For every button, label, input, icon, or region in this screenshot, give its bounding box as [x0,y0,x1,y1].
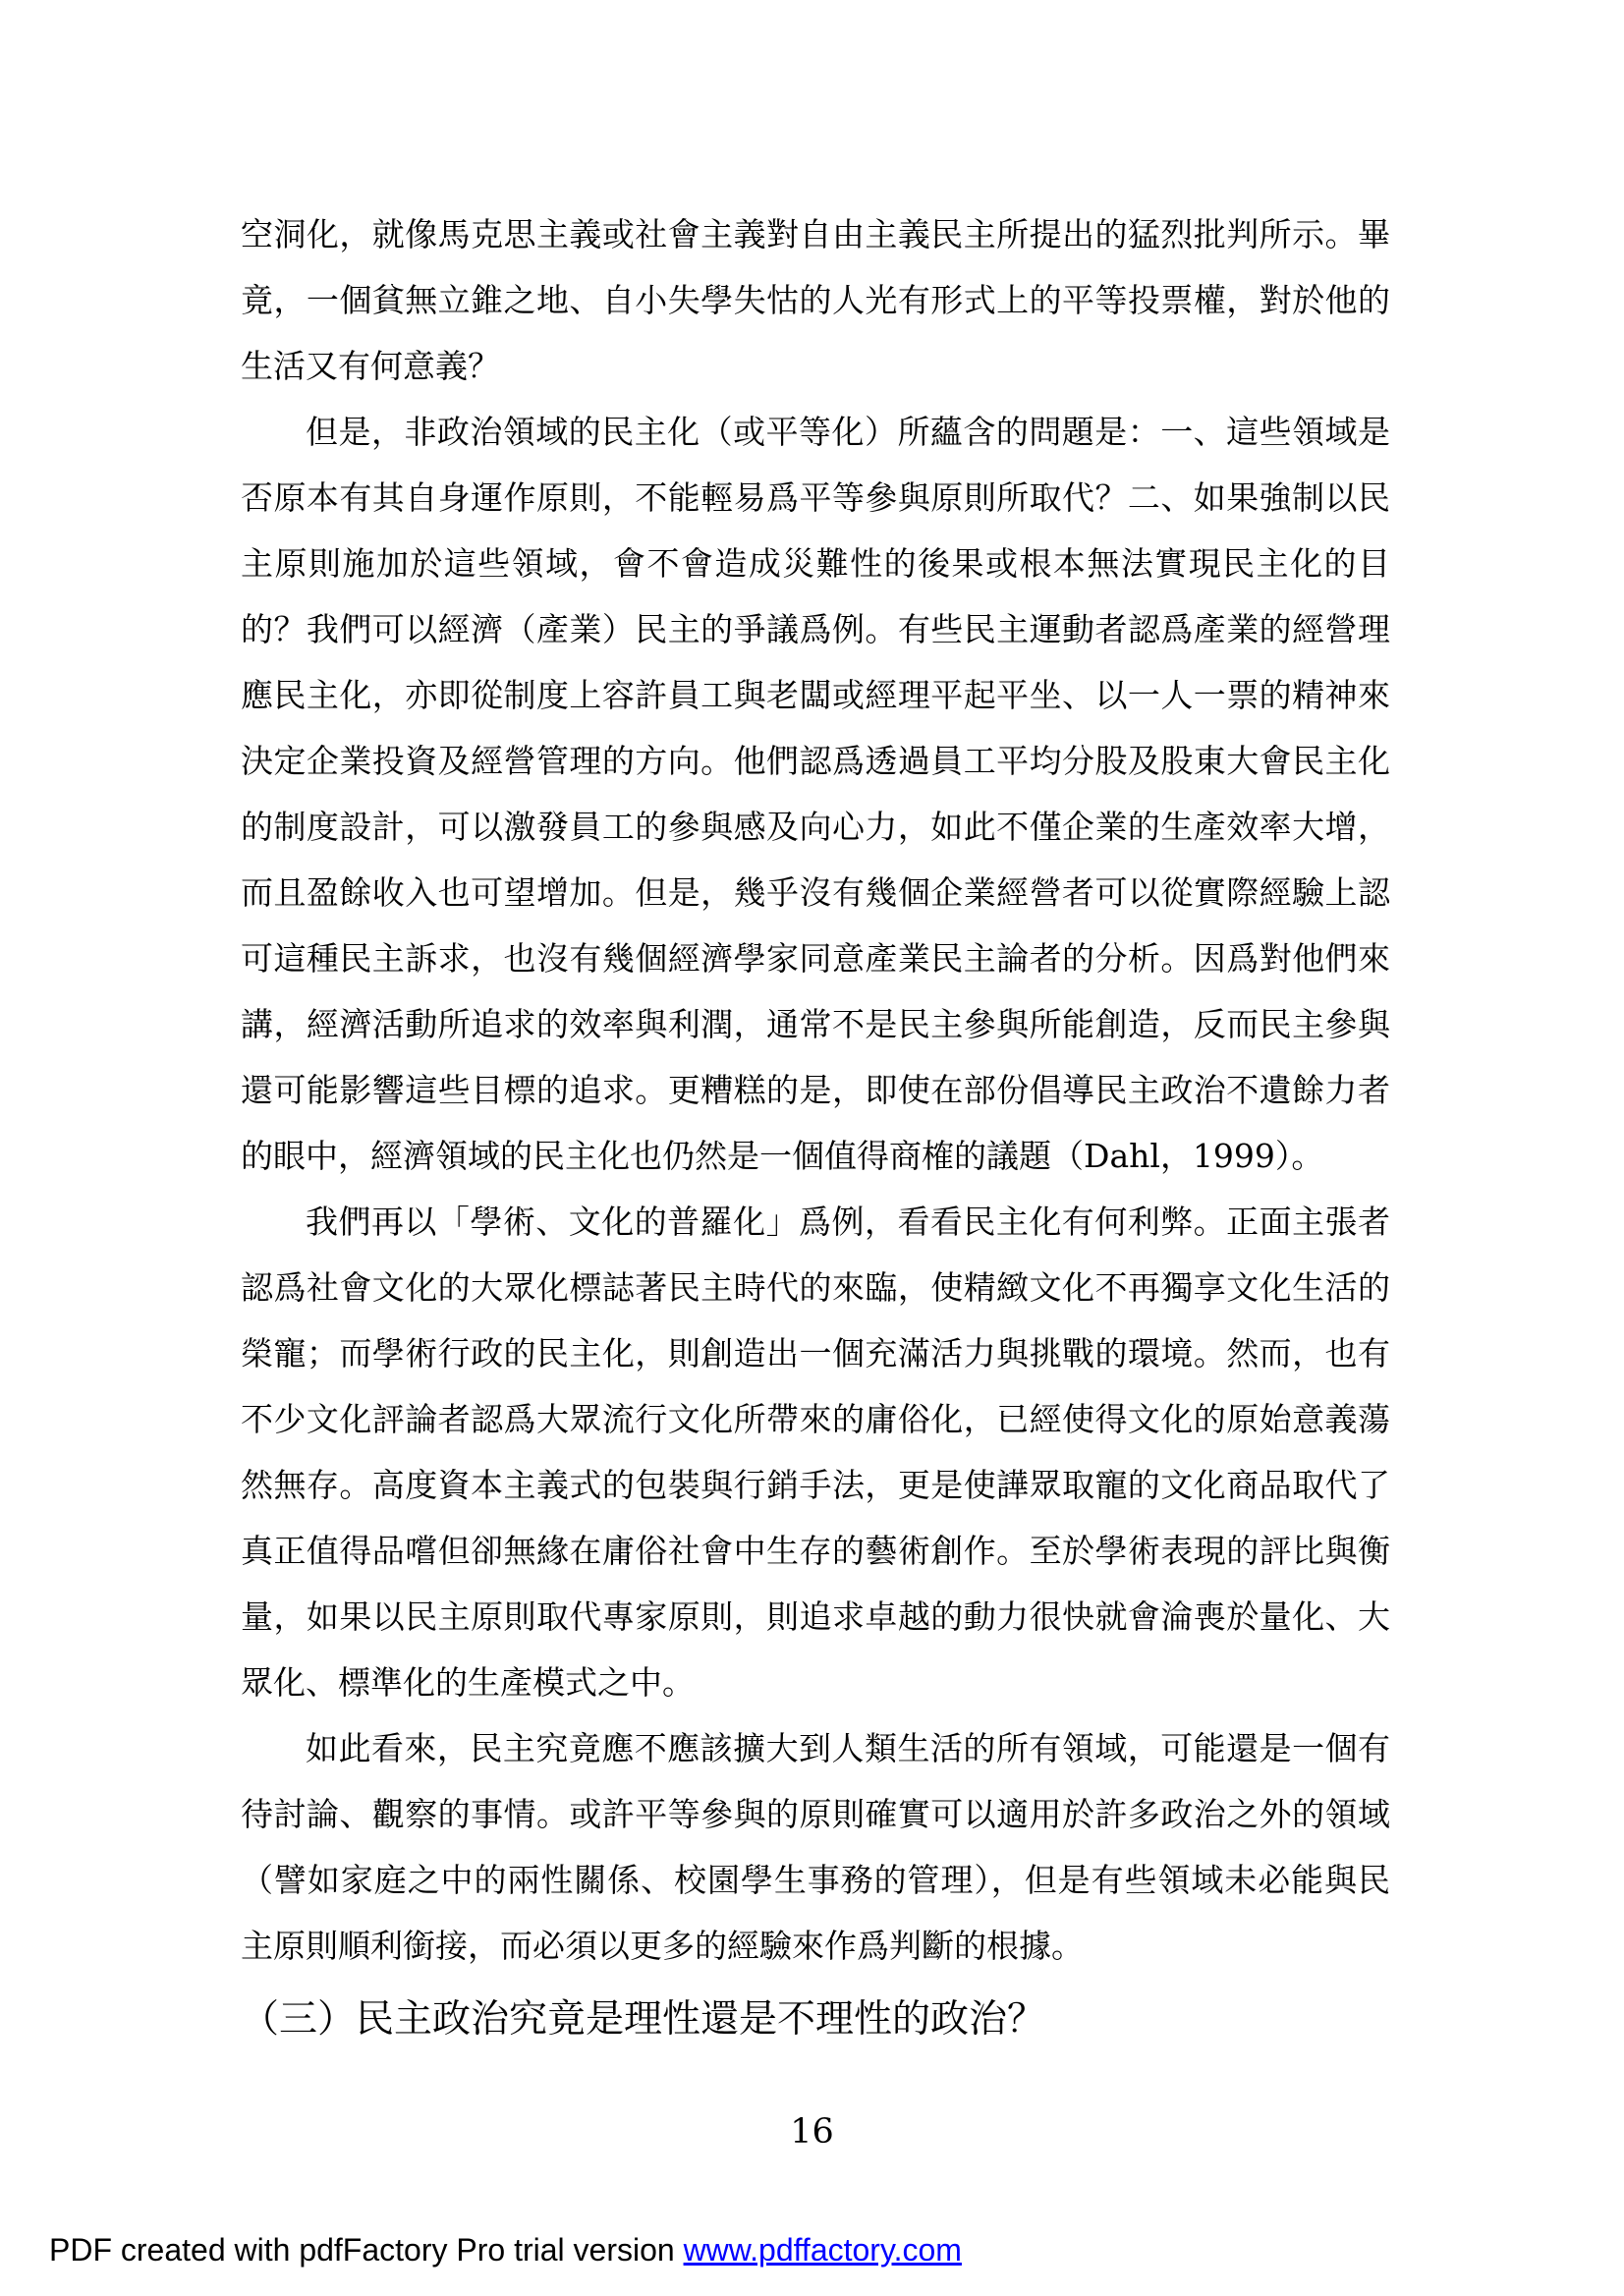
pdffactory-link[interactable]: www.pdffactory.com [684,2232,962,2268]
page-number: 16 [0,2112,1624,2152]
body-paragraph: 但是，非政治領域的民主化（或平等化）所蘊含的問題是：一、這些領域是否原本有其自身… [241,399,1390,1189]
pdf-watermark: PDF created with pdfFactory Pro trial ve… [49,2230,962,2269]
page-body-text: 空洞化，就像馬克思主義或社會主義對自由主義民主所提出的猛烈批判所示。畢竟，一個貧… [241,201,1390,2061]
document-page: 空洞化，就像馬克思主義或社會主義對自由主義民主所提出的猛烈批判所示。畢竟，一個貧… [0,0,1624,2296]
section-heading: （三）民主政治究竟是理性還是不理性的政治？ [241,1979,1390,2061]
body-paragraph: 我們再以「學術、文化的普羅化」爲例，看看民主化有何利弊。正面主張者認爲社會文化的… [241,1189,1390,1715]
footer-text: PDF created with pdfFactory Pro trial ve… [49,2232,684,2268]
body-paragraph: 空洞化，就像馬克思主義或社會主義對自由主義民主所提出的猛烈批判所示。畢竟，一個貧… [241,201,1390,399]
body-paragraph: 如此看來，民主究竟應不應該擴大到人類生活的所有領域，可能還是一個有待討論、觀察的… [241,1715,1390,1979]
